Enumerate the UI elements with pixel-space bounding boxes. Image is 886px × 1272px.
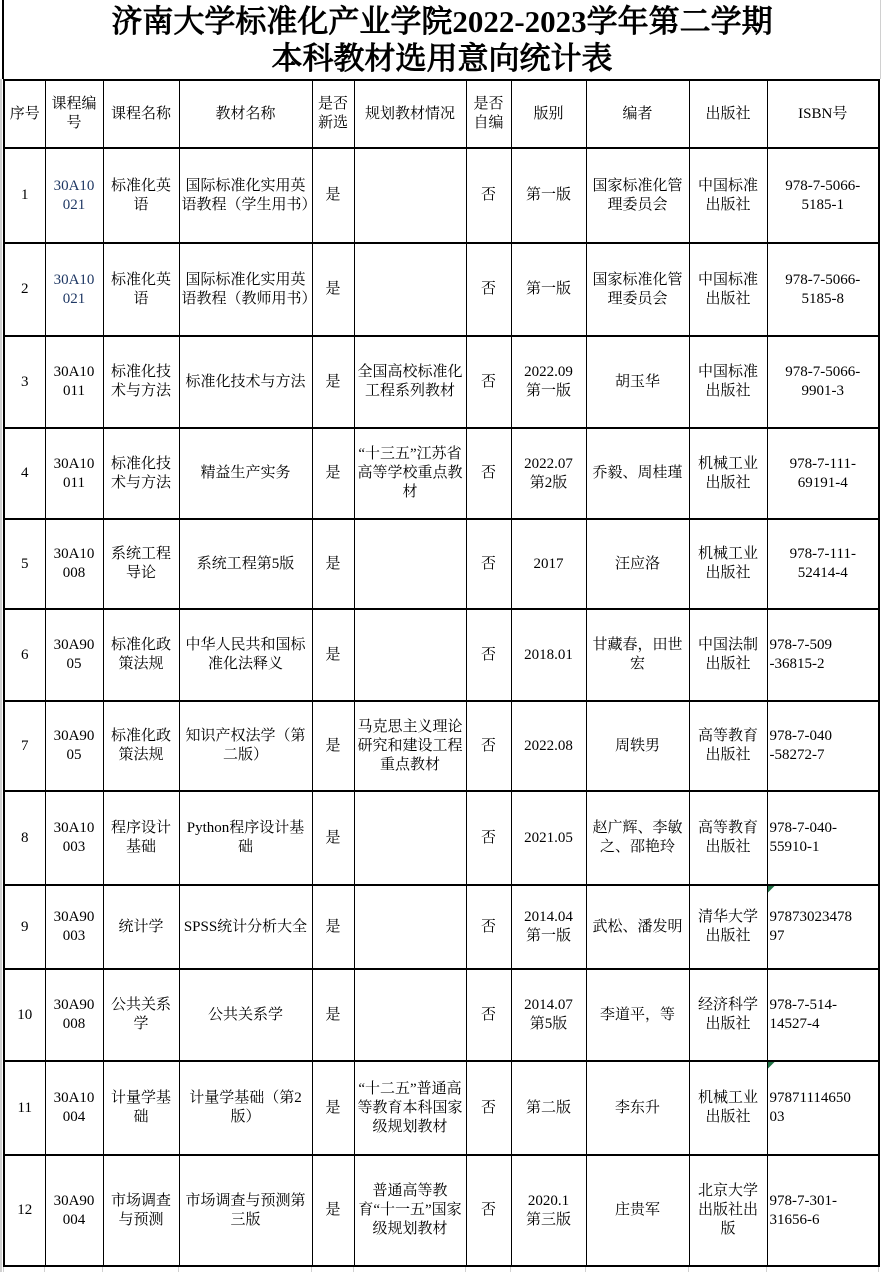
cell-self-compiled[interactable]: 否 xyxy=(466,885,511,969)
cell-serial-number[interactable]: 2 xyxy=(4,243,45,336)
column-header-course-code[interactable]: 课程编号 xyxy=(45,80,103,148)
cell-planned-textbook-status[interactable] xyxy=(354,519,466,609)
cell-publisher[interactable]: 中国法制出版社 xyxy=(689,609,767,701)
column-header-serial-number[interactable]: 序号 xyxy=(4,80,45,148)
cell-planned-textbook-status[interactable]: “十二五”普通高等教育本科国家级规划教材 xyxy=(354,1061,466,1155)
cell-editors[interactable]: 国家标准化管理委员会 xyxy=(586,243,689,336)
cell-course-name[interactable]: 标准化政策法规 xyxy=(103,701,179,791)
cell-self-compiled[interactable]: 否 xyxy=(466,519,511,609)
cell-newly-selected[interactable]: 是 xyxy=(312,148,354,243)
number-stored-as-text-indicator-icon xyxy=(768,886,775,893)
cell-isbn[interactable]: 97873023478 97 xyxy=(767,885,879,969)
cell-course-code[interactable]: 30A90 004 xyxy=(45,1155,103,1266)
cell-serial-number[interactable]: 11 xyxy=(4,1061,45,1155)
cell-course-code[interactable]: 30A10 011 xyxy=(45,336,103,428)
table-row: 7 30A90 05 标准化政策法规 知识产权法学（第二版） 是 马克思主义理论… xyxy=(4,701,879,791)
cell-isbn[interactable]: 978-7-040 -58272-7 xyxy=(767,701,879,791)
cell-serial-number[interactable]: 6 xyxy=(4,609,45,701)
cell-newly-selected[interactable]: 是 xyxy=(312,609,354,701)
cell-course-name[interactable]: 市场调查与预测 xyxy=(103,1155,179,1266)
cell-course-code[interactable]: 30A10 011 xyxy=(45,428,103,519)
column-header-isbn[interactable]: ISBN号 xyxy=(767,80,879,148)
cell-self-compiled[interactable]: 否 xyxy=(466,701,511,791)
cell-serial-number[interactable]: 12 xyxy=(4,1155,45,1266)
cell-course-code[interactable]: 30A10 021 xyxy=(45,148,103,243)
column-header-course-name[interactable]: 课程名称 xyxy=(103,80,179,148)
cell-course-code[interactable]: 30A10 008 xyxy=(45,519,103,609)
cell-isbn[interactable]: 978-7-5066- 5185-8 xyxy=(767,243,879,336)
cell-editors[interactable]: 李道平，等 xyxy=(586,969,689,1061)
cell-publisher[interactable]: 清华大学出版社 xyxy=(689,885,767,969)
cell-course-name[interactable]: 标准化政策法规 xyxy=(103,609,179,701)
table-row: 6 30A90 05 标准化政策法规 中华人民共和国标准化法释义 是 否 201… xyxy=(4,609,879,701)
cell-newly-selected[interactable]: 是 xyxy=(312,519,354,609)
cell-edition[interactable]: 2014.07 第5版 xyxy=(511,969,586,1061)
cell-editors[interactable]: 甘藏春，田世宏 xyxy=(586,609,689,701)
cell-textbook-name[interactable]: 系统工程第5版 xyxy=(179,519,312,609)
cell-self-compiled[interactable]: 否 xyxy=(466,243,511,336)
cell-publisher[interactable]: 中国标准出版社 xyxy=(689,243,767,336)
cell-publisher[interactable]: 机械工业出版社 xyxy=(689,428,767,519)
cell-publisher[interactable]: 高等教育出版社 xyxy=(689,701,767,791)
cell-planned-textbook-status[interactable] xyxy=(354,885,466,969)
cell-self-compiled[interactable]: 否 xyxy=(466,1155,511,1266)
cell-edition[interactable]: 第一版 xyxy=(511,148,586,243)
cell-edition[interactable]: 2022.09 第一版 xyxy=(511,336,586,428)
cell-planned-textbook-status[interactable] xyxy=(354,148,466,243)
cell-textbook-name[interactable]: 中华人民共和国标准化法释义 xyxy=(179,609,312,701)
table-row: 10 30A90 008 公共关系学 公共关系学 是 否 2014.07 第5版… xyxy=(4,969,879,1061)
cell-course-code[interactable]: 30A90 05 xyxy=(45,609,103,701)
cell-course-name[interactable]: 公共关系学 xyxy=(103,969,179,1061)
cell-textbook-name[interactable]: 市场调查与预测第三版 xyxy=(179,1155,312,1266)
cell-edition[interactable]: 第一版 xyxy=(511,243,586,336)
cell-textbook-name[interactable]: 知识产权法学（第二版） xyxy=(179,701,312,791)
cell-editors[interactable]: 国家标准化管理委员会 xyxy=(586,148,689,243)
column-header-newly-selected[interactable]: 是否新选 xyxy=(312,80,354,148)
cell-serial-number[interactable]: 4 xyxy=(4,428,45,519)
column-header-editors[interactable]: 编者 xyxy=(586,80,689,148)
column-header-self-compiled[interactable]: 是否自编 xyxy=(466,80,511,148)
cell-textbook-name[interactable]: 精益生产实务 xyxy=(179,428,312,519)
cell-course-code[interactable]: 30A90 008 xyxy=(45,969,103,1061)
cell-serial-number[interactable]: 7 xyxy=(4,701,45,791)
cell-self-compiled[interactable]: 否 xyxy=(466,336,511,428)
cell-edition[interactable]: 2022.07 第2版 xyxy=(511,428,586,519)
cell-course-name[interactable]: 标准化英语 xyxy=(103,148,179,243)
cell-course-name[interactable]: 计量学基础 xyxy=(103,1061,179,1155)
cell-edition[interactable]: 2021.05 xyxy=(511,791,586,885)
cell-serial-number[interactable]: 10 xyxy=(4,969,45,1061)
cell-planned-textbook-status[interactable]: 全国高校标准化工程系列教材 xyxy=(354,336,466,428)
cell-edition[interactable]: 第二版 xyxy=(511,1061,586,1155)
table-header-row: 序号 课程编号 课程名称 教材名称 是否新选 规划教材情况 是否自编 版别 编者… xyxy=(4,80,879,148)
cell-self-compiled[interactable]: 否 xyxy=(466,969,511,1061)
cell-isbn[interactable]: 978-7-5066- 5185-1 xyxy=(767,148,879,243)
spreadsheet-document: 济南大学标准化产业学院2022-2023学年第二学期 本科教材选用意向统计表 序… xyxy=(0,0,886,1272)
cell-course-code[interactable]: 30A10 003 xyxy=(45,791,103,885)
cell-course-code[interactable]: 30A10 004 xyxy=(45,1061,103,1155)
cell-course-name[interactable]: 标准化技术与方法 xyxy=(103,336,179,428)
cell-isbn[interactable]: 978-7-111- 52414-4 xyxy=(767,519,879,609)
title-line-2: 本科教材选用意向统计表 xyxy=(272,40,613,77)
cell-planned-textbook-status[interactable] xyxy=(354,969,466,1061)
cell-course-name[interactable]: 标准化英语 xyxy=(103,243,179,336)
title-line-1: 济南大学标准化产业学院2022-2023学年第二学期 xyxy=(111,3,772,40)
cell-publisher[interactable]: 机械工业出版社 xyxy=(689,519,767,609)
table-row: 11 30A10 004 计量学基础 计量学基础（第2版） 是 “十二五”普通高… xyxy=(4,1061,879,1155)
cell-editors[interactable]: 庄贵军 xyxy=(586,1155,689,1266)
cell-edition[interactable]: 2014.04 第一版 xyxy=(511,885,586,969)
cell-isbn[interactable]: 978-7-5066- 9901-3 xyxy=(767,336,879,428)
cell-editors[interactable]: 武松、潘发明 xyxy=(586,885,689,969)
cell-self-compiled[interactable]: 否 xyxy=(466,428,511,519)
table-row: 2 30A10 021 标准化英语 国际标准化实用英语教程（教师用书） 是 否 … xyxy=(4,243,879,336)
cell-planned-textbook-status[interactable] xyxy=(354,791,466,885)
cell-newly-selected[interactable]: 是 xyxy=(312,243,354,336)
cell-serial-number[interactable]: 9 xyxy=(4,885,45,969)
cell-newly-selected[interactable]: 是 xyxy=(312,336,354,428)
table-body: 1 30A10 021 标准化英语 国际标准化实用英语教程（学生用书） 是 否 … xyxy=(4,148,879,1266)
cell-isbn[interactable]: 978-7-111- 69191-4 xyxy=(767,428,879,519)
cell-textbook-name[interactable]: SPSS统计分析大全 xyxy=(179,885,312,969)
cell-editors[interactable]: 汪应洛 xyxy=(586,519,689,609)
cell-isbn[interactable]: 97871114650 03 xyxy=(767,1061,879,1155)
cell-self-compiled[interactable]: 否 xyxy=(466,1061,511,1155)
column-header-textbook-name[interactable]: 教材名称 xyxy=(179,80,312,148)
cell-newly-selected[interactable]: 是 xyxy=(312,701,354,791)
cell-course-code[interactable]: 30A10 021 xyxy=(45,243,103,336)
column-header-publisher[interactable]: 出版社 xyxy=(689,80,767,148)
cell-textbook-name[interactable]: 国际标准化实用英语教程（学生用书） xyxy=(179,148,312,243)
table-row: 4 30A10 011 标准化技术与方法 精益生产实务 是 “十三五”江苏省高等… xyxy=(4,428,879,519)
number-stored-as-text-indicator-icon xyxy=(768,1062,775,1069)
cell-publisher[interactable]: 北京大学出版社出版 xyxy=(689,1155,767,1266)
table-row: 12 30A90 004 市场调查与预测 市场调查与预测第三版 是 普通高等教育… xyxy=(4,1155,879,1266)
cell-textbook-name[interactable]: Python程序设计基础 xyxy=(179,791,312,885)
cell-editors[interactable]: 赵广辉、李敏之、邵艳玲 xyxy=(586,791,689,885)
cell-self-compiled[interactable]: 否 xyxy=(466,148,511,243)
cell-planned-textbook-status[interactable] xyxy=(354,609,466,701)
cell-serial-number[interactable]: 5 xyxy=(4,519,45,609)
cell-planned-textbook-status[interactable]: “十三五”江苏省高等学校重点教材 xyxy=(354,428,466,519)
cell-editors[interactable]: 李东升 xyxy=(586,1061,689,1155)
table-row: 5 30A10 008 系统工程导论 系统工程第5版 是 否 2017 汪应洛 … xyxy=(4,519,879,609)
cell-planned-textbook-status[interactable]: 马克思主义理论研究和建设工程重点教材 xyxy=(354,701,466,791)
cell-self-compiled[interactable]: 否 xyxy=(466,609,511,701)
column-header-planned-textbook-status[interactable]: 规划教材情况 xyxy=(354,80,466,148)
cell-editors[interactable]: 胡玉华 xyxy=(586,336,689,428)
table-row: 8 30A10 003 程序设计基础 Python程序设计基础 是 否 2021… xyxy=(4,791,879,885)
cell-planned-textbook-status[interactable] xyxy=(354,243,466,336)
cell-editors[interactable]: 乔毅、周桂瑾 xyxy=(586,428,689,519)
cell-newly-selected[interactable]: 是 xyxy=(312,1061,354,1155)
cell-newly-selected[interactable]: 是 xyxy=(312,428,354,519)
cell-course-name[interactable]: 程序设计基础 xyxy=(103,791,179,885)
cell-course-name[interactable]: 系统工程导论 xyxy=(103,519,179,609)
table-row: 1 30A10 021 标准化英语 国际标准化实用英语教程（学生用书） 是 否 … xyxy=(4,148,879,243)
cell-isbn[interactable]: 978-7-509 -36815-2 xyxy=(767,609,879,701)
cell-serial-number[interactable]: 1 xyxy=(4,148,45,243)
left-gridline xyxy=(0,79,2,1272)
cell-isbn[interactable]: 978-7-301- 31656-6 xyxy=(767,1155,879,1266)
cell-textbook-name[interactable]: 公共关系学 xyxy=(179,969,312,1061)
cell-edition[interactable]: 2022.08 xyxy=(511,701,586,791)
cell-publisher[interactable]: 机械工业出版社 xyxy=(689,1061,767,1155)
cell-textbook-name[interactable]: 计量学基础（第2版） xyxy=(179,1061,312,1155)
cell-course-name[interactable]: 统计学 xyxy=(103,885,179,969)
cell-self-compiled[interactable]: 否 xyxy=(466,791,511,885)
cell-publisher[interactable]: 高等教育出版社 xyxy=(689,791,767,885)
table-row: 3 30A10 011 标准化技术与方法 标准化技术与方法 是 全国高校标准化工… xyxy=(4,336,879,428)
cell-publisher[interactable]: 经济科学出版社 xyxy=(689,969,767,1061)
cell-newly-selected[interactable]: 是 xyxy=(312,885,354,969)
table-row: 9 30A90 003 统计学 SPSS统计分析大全 是 否 2014.04 第… xyxy=(4,885,879,969)
cell-edition[interactable]: 2020.1 第三版 xyxy=(511,1155,586,1266)
next-row-gridlines xyxy=(3,1267,879,1272)
cell-edition[interactable]: 2018.01 xyxy=(511,609,586,701)
cell-course-code[interactable]: 30A90 003 xyxy=(45,885,103,969)
cell-isbn[interactable]: 978-7-040- 55910-1 xyxy=(767,791,879,885)
cell-serial-number[interactable]: 3 xyxy=(4,336,45,428)
cell-newly-selected[interactable]: 是 xyxy=(312,791,354,885)
cell-publisher[interactable]: 中国标准出版社 xyxy=(689,148,767,243)
cell-course-name[interactable]: 标准化技术与方法 xyxy=(103,428,179,519)
cell-planned-textbook-status[interactable]: 普通高等教育“十一五”国家级规划教材 xyxy=(354,1155,466,1266)
cell-textbook-name[interactable]: 国际标准化实用英语教程（教师用书） xyxy=(179,243,312,336)
cell-edition[interactable]: 2017 xyxy=(511,519,586,609)
document-title: 济南大学标准化产业学院2022-2023学年第二学期 本科教材选用意向统计表 xyxy=(2,0,881,79)
cell-newly-selected[interactable]: 是 xyxy=(312,1155,354,1266)
textbook-selection-table: 序号 课程编号 课程名称 教材名称 是否新选 规划教材情况 是否自编 版别 编者… xyxy=(3,79,880,1267)
cell-isbn[interactable]: 978-7-514- 14527-4 xyxy=(767,969,879,1061)
cell-serial-number[interactable]: 8 xyxy=(4,791,45,885)
cell-course-code[interactable]: 30A90 05 xyxy=(45,701,103,791)
cell-textbook-name[interactable]: 标准化技术与方法 xyxy=(179,336,312,428)
cell-editors[interactable]: 周轶男 xyxy=(586,701,689,791)
column-header-edition[interactable]: 版别 xyxy=(511,80,586,148)
cell-publisher[interactable]: 中国标准出版社 xyxy=(689,336,767,428)
cell-newly-selected[interactable]: 是 xyxy=(312,969,354,1061)
